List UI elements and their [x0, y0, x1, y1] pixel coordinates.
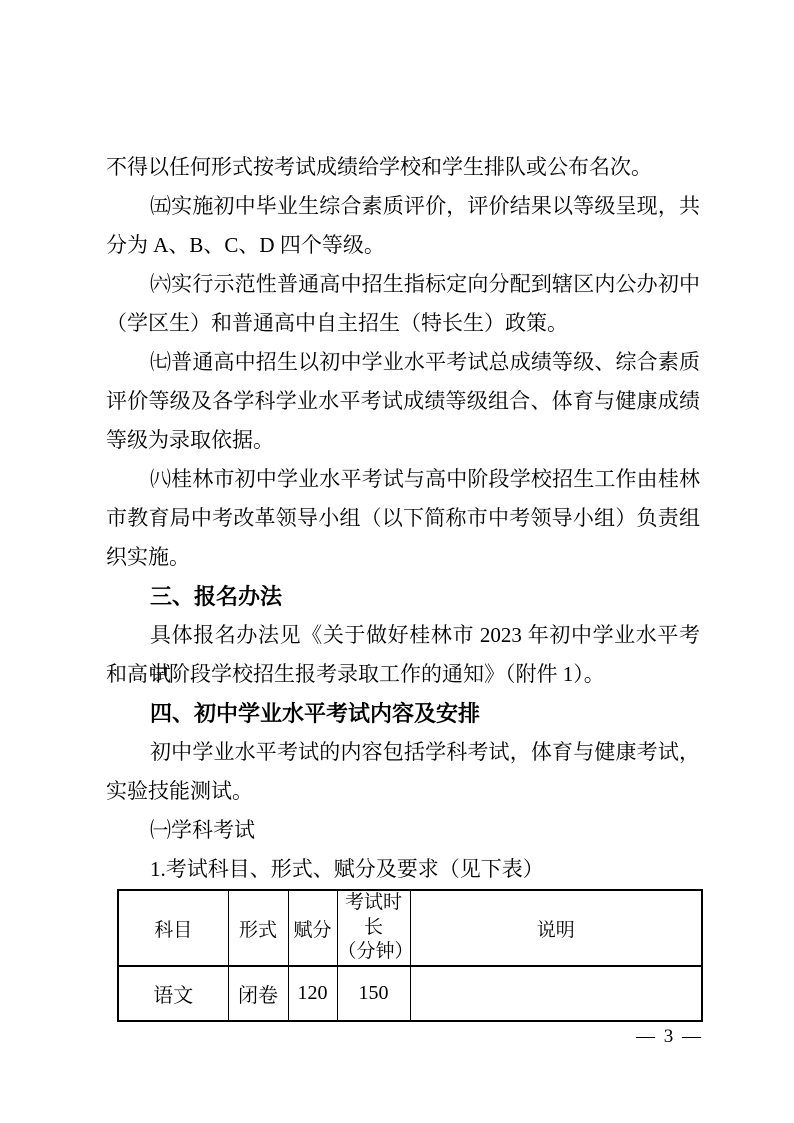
exam-table-wrapper: 科目 形式 赋分 考试时长 （分钟） 说明 语文 闭卷 120 150 — [117, 889, 700, 1022]
document-body: 不得以任何形式按考试成绩给学校和学生排队或公布名次。 ㈤实施初中毕业生综合素质评… — [106, 148, 700, 1022]
section-heading-exam-content: 四、初中学业水平考试内容及安排 — [106, 694, 700, 733]
body-line: 市教育局中考改革领导小组（以下简称市中考领导小组）负责组 — [106, 499, 700, 538]
body-line: 等级为录取依据。 — [106, 421, 700, 460]
list-item-exam-requirements: 1.考试科目、形式、赋分及要求（见下表） — [106, 850, 700, 889]
table-cell-subject: 语文 — [118, 966, 228, 1021]
table-cell-score: 120 — [288, 966, 337, 1021]
section-heading-registration: 三、报名办法 — [106, 577, 700, 616]
body-line: （学区生）和普通高中自主招生（特长生）政策。 — [106, 304, 700, 343]
body-line: ㈤实施初中毕业生综合素质评价，评价结果以等级呈现，共 — [106, 187, 700, 226]
table-header-row: 科目 形式 赋分 考试时长 （分钟） 说明 — [118, 890, 702, 966]
page-number: — 3 — — [636, 1026, 703, 1048]
document-page: 不得以任何形式按考试成绩给学校和学生排队或公布名次。 ㈤实施初中毕业生综合素质评… — [0, 0, 794, 1123]
body-line: ㈧桂林市初中学业水平考试与高中阶段学校招生工作由桂林 — [106, 460, 700, 499]
body-line: 和高中阶段学校招生报考录取工作的通知》（附件 1）。 — [106, 655, 700, 694]
table-header-subject: 科目 — [118, 890, 228, 966]
table-cell-duration: 150 — [337, 966, 410, 1021]
body-line: ㈥实行示范性普通高中招生指标定向分配到辖区内公办初中 — [106, 265, 700, 304]
body-line: ㈦普通高中招生以初中学业水平考试总成绩等级、综合素质 — [106, 343, 700, 382]
exam-subjects-table: 科目 形式 赋分 考试时长 （分钟） 说明 语文 闭卷 120 150 — [117, 889, 703, 1022]
body-line: 织实施。 — [106, 538, 700, 577]
table-header-note: 说明 — [410, 890, 702, 966]
table-header-score: 赋分 — [288, 890, 337, 966]
table-row-chinese: 语文 闭卷 120 150 — [118, 966, 702, 1021]
table-header-duration: 考试时长 （分钟） — [337, 890, 410, 966]
body-line: 实验技能测试。 — [106, 772, 700, 811]
body-line: 具体报名办法见《关于做好桂林市 2023 年初中学业水平考试 — [106, 616, 700, 655]
body-line: 分为 A、B、C、D 四个等级。 — [106, 226, 700, 265]
table-cell-form: 闭卷 — [228, 966, 288, 1021]
table-cell-note — [410, 966, 702, 1021]
body-line: 不得以任何形式按考试成绩给学校和学生排队或公布名次。 — [106, 148, 700, 187]
table-header-form: 形式 — [228, 890, 288, 966]
body-line: 初中学业水平考试的内容包括学科考试，体育与健康考试， — [106, 733, 700, 772]
subsection-heading-subject-exam: ㈠学科考试 — [106, 811, 700, 850]
body-line: 评价等级及各学科学业水平考试成绩等级组合、体育与健康成绩 — [106, 382, 700, 421]
